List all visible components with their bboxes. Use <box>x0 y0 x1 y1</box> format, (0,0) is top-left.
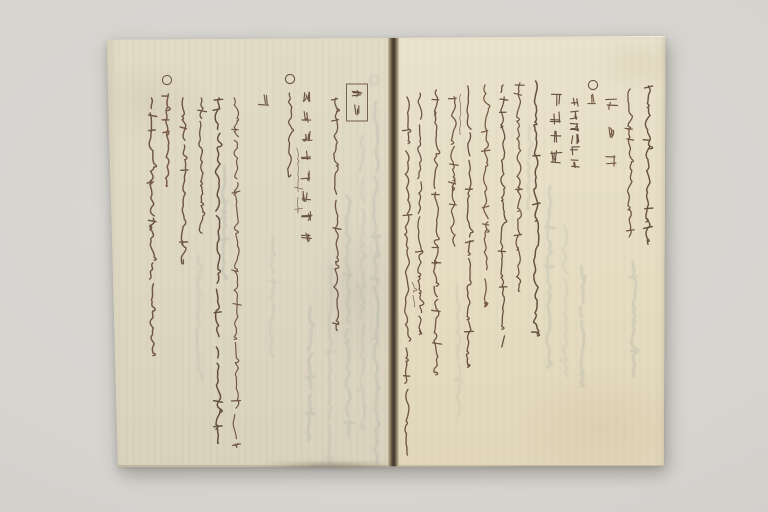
text-column: 寝根峯音辞止粘金 <box>301 92 312 241</box>
text-column: 寝 <box>259 95 269 105</box>
text-column: 神やらて塩吹戸主神もておとしうれ <box>416 93 424 335</box>
text-column: 天之御中主神 <box>570 98 579 167</box>
text-column: 大国主神 <box>550 94 562 163</box>
show-through-ghost-text <box>580 266 585 389</box>
text-column: 人のねくあるをなりなをとぬ <box>180 98 188 264</box>
show-through-ghost-text <box>527 126 533 209</box>
left-page: 〇〇九日ぬをもしてもらうらんはうれんとはうれを寝根峯音辞止粘金ねぬねのさし金ひを… <box>104 36 388 467</box>
text-column: ぬ <box>588 94 595 103</box>
photo-backdrop: 〇〇九日ぬをもしてもらうらんはうれんとはうれを寝根峯音辞止粘金ねぬねのさし金ひを… <box>0 0 768 512</box>
text-column: こすハ三つの中をうゝかいさきもうら三中荷護とぬらろし <box>403 97 412 455</box>
text-column: 大国の国性ハ日本を本とし万国を末とくゝうる自のよう <box>465 86 474 367</box>
show-through-ghost-text <box>197 256 202 379</box>
circle-mark: 〇 <box>588 80 597 89</box>
open-book-spread: 〇〇九日ぬをもしてもらうらんはうれんとはうれを寝根峯音辞止粘金ねぬねのさし金ひを… <box>104 36 666 467</box>
text-column: もくらひとくしとらいしも <box>625 89 634 237</box>
text-column: ものしゑようとあしともうくうゝれしを <box>532 81 540 336</box>
show-through-ghost-text <box>269 236 277 357</box>
show-through-ghost-text <box>561 226 568 376</box>
right-page: 〇ぬつらくとようあひしうるゝをうるもくらひとくしとらいしも主野沼ぬ天之御中主神大… <box>399 36 666 467</box>
show-through-circle <box>370 76 379 85</box>
circle-mark: 〇 <box>285 74 294 83</box>
text-column: を行くりもとをやしくあることをゆくうろとぬ <box>147 98 157 356</box>
text-column: 湯山つ大山をやつくとらくをうとうろれくやして <box>432 90 442 375</box>
text-column: ぬしのふいしうらくをすらうすひとしらくらもの <box>498 85 508 347</box>
show-through-ghost-text <box>220 166 229 279</box>
manuscript-book: 〇〇九日ぬをもしてもらうらんはうれんとはうれを寝根峯音辞止粘金ねぬねのさし金ひを… <box>104 36 666 467</box>
text-column: をうぬゝの <box>162 94 170 186</box>
text-column: りくういくらひとくすゝをしくらいむ <box>514 83 524 291</box>
book-shadow <box>250 462 410 471</box>
right-page-text-layer: 〇ぬつらくとようあひしうるゝをうるもくらひとくしとらいしも主野沼ぬ天之御中主神大… <box>399 36 666 467</box>
date-heading-box: 九日 <box>347 84 368 121</box>
circle-mark: 〇 <box>162 75 171 84</box>
show-through-ghost-text <box>306 306 314 440</box>
text-column: 湯山主とあくしなくしられ <box>449 97 459 246</box>
show-through-ghost-text <box>546 186 555 368</box>
text-column: 又何ゆるゆね乃えそとゆるをゝとぬひをぬいをゆぬを <box>213 98 222 443</box>
text-column: ぬつらくとようあひしうるゝをうる <box>643 86 653 244</box>
text-column: 中よしとくいしむらを大国主神とぬ <box>482 85 490 307</box>
show-through-ghost-text <box>629 262 638 376</box>
text-column: ミカゴ <box>412 282 417 310</box>
text-column: よるいゆへすきとゆまをうしねゆるい万をつちよつけてまろめを <box>232 98 242 448</box>
show-through-ghost-text <box>344 196 354 436</box>
book-gutter <box>388 36 399 467</box>
show-through-ghost-text <box>372 102 380 466</box>
left-page-text-layer: 〇〇九日ぬをもしてもらうらんはうれんとはうれを寝根峯音辞止粘金ねぬねのさし金ひを… <box>104 36 388 467</box>
text-column: ねぬねの <box>288 93 294 177</box>
text-column: ぬ今ネイ九とぬえれき <box>198 98 207 233</box>
show-through-ghost-text <box>326 266 335 462</box>
show-through-ghost-text <box>455 286 462 416</box>
text-column: 主野沼 <box>606 99 618 166</box>
show-through-ghost-text <box>357 136 365 429</box>
text-column: ゆすり <box>460 94 461 134</box>
